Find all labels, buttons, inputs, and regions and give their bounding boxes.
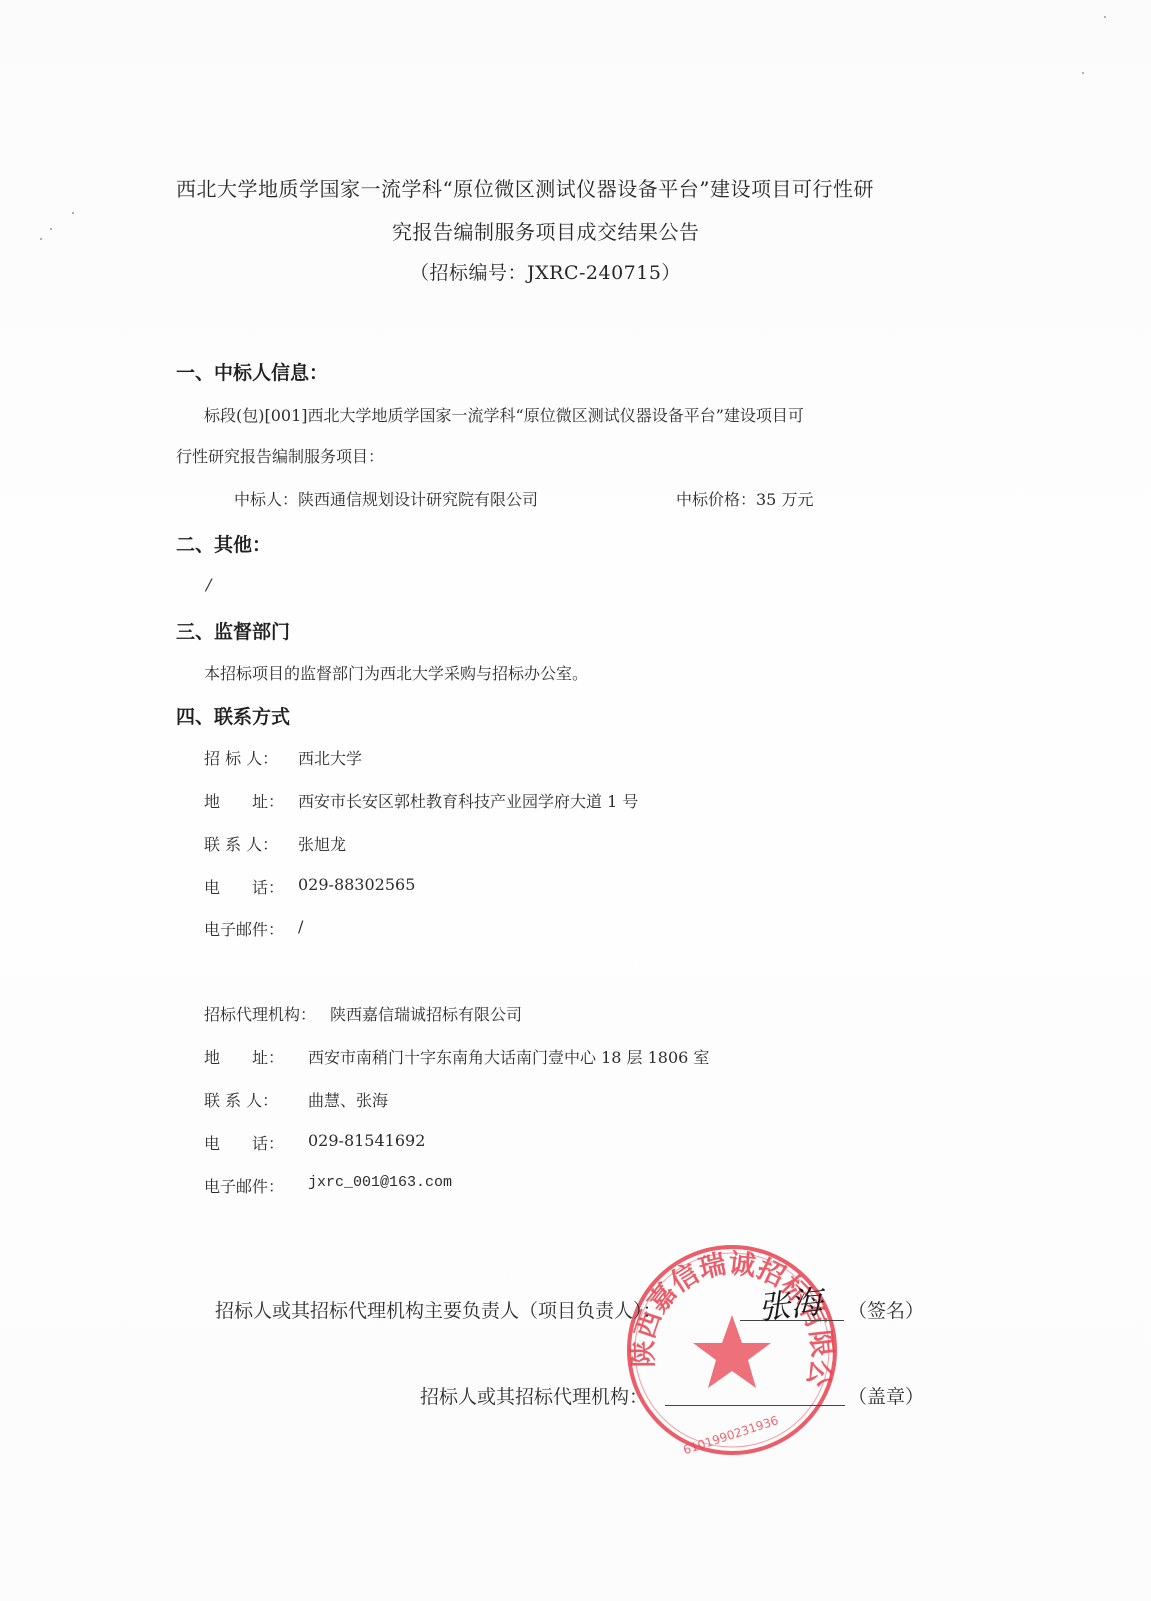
- agency-contact-label: 联 系 人：: [204, 1088, 278, 1111]
- company-seal-icon: 陕西嘉信瑞诚招标有限公司 6101990231936: [625, 1243, 840, 1458]
- tenderer-address-value: 西安市长安区郭杜教育科技产业园学府大道 1 号: [298, 789, 638, 812]
- scan-speck: [72, 212, 74, 214]
- section-heading-supervision: 三、监督部门: [176, 617, 290, 644]
- seal-line: [665, 1405, 845, 1406]
- tenderer-email-value: /: [298, 917, 303, 936]
- tenderer-label: 招 标 人：: [204, 746, 278, 769]
- winner-name: 中标人：陕西通信规划设计研究院有限公司: [234, 487, 538, 510]
- tenderer-phone-label: 电 话：: [204, 875, 284, 898]
- section-heading-winner: 一、中标人信息：: [176, 358, 328, 385]
- agency-address-value: 西安市南稍门十字东南角大话南门壹中心 18 层 1806 室: [308, 1045, 709, 1068]
- scan-speck: [1082, 72, 1084, 74]
- agency-email-label: 电子邮件：: [204, 1174, 284, 1197]
- tenderer-value: 西北大学: [298, 746, 362, 769]
- handwritten-signature: 张海: [756, 1277, 824, 1329]
- agency-contact-value: 曲慧、张海: [308, 1088, 388, 1111]
- tenderer-email-label: 电子邮件：: [204, 917, 284, 940]
- tenderer-contact-label: 联 系 人：: [204, 832, 278, 855]
- tenderer-contact-value: 张旭龙: [298, 832, 346, 855]
- signatory-label: 招标人或其招标代理机构主要负责人（项目负责人）：: [215, 1296, 662, 1323]
- agency-phone-label: 电 话：: [204, 1131, 284, 1154]
- lot-description-line2: 行性研究报告编制服务项目：: [176, 444, 384, 467]
- agency-label: 招标代理机构：: [204, 1002, 316, 1025]
- document-title-line1: 西北大学地质学国家一流学科“原位微区测试仪器设备平台”建设项目可行性研: [176, 173, 874, 202]
- tenderer-address-label: 地 址：: [204, 789, 284, 812]
- section-heading-contact: 四、联系方式: [176, 702, 290, 729]
- svg-text:6101990231936: 6101990231936: [681, 1413, 780, 1457]
- agency-value: 陕西嘉信瑞诚招标有限公司: [330, 1002, 522, 1025]
- scan-speck: [50, 228, 52, 230]
- bid-number: （招标编号：JXRC-240715）: [410, 258, 681, 285]
- other-content: /: [206, 575, 211, 594]
- signature-suffix: （签名）: [848, 1296, 924, 1323]
- scan-speck: [40, 238, 42, 240]
- agency-address-label: 地 址：: [204, 1045, 284, 1068]
- tenderer-phone-value: 029-88302565: [298, 875, 415, 894]
- seal-suffix: （盖章）: [848, 1382, 924, 1409]
- agency-email-value: jxrc_001@163.com: [308, 1174, 452, 1191]
- section-heading-other: 二、其他：: [176, 530, 271, 557]
- scan-speck: [1104, 16, 1106, 18]
- lot-description-line1: 标段(包)[001]西北大学地质学国家一流学科“原位微区测试仪器设备平台”建设项…: [204, 403, 804, 426]
- supervision-content: 本招标项目的监督部门为西北大学采购与招标办公室。: [204, 661, 588, 684]
- seal-label: 招标人或其招标代理机构：: [420, 1382, 648, 1409]
- scanned-page: 西北大学地质学国家一流学科“原位微区测试仪器设备平台”建设项目可行性研 究报告编…: [0, 0, 1151, 1601]
- winning-price: 中标价格：35 万元: [676, 487, 813, 510]
- document-title-line2: 究报告编制服务项目成交结果公告: [392, 216, 700, 245]
- agency-phone-value: 029-81541692: [308, 1131, 425, 1150]
